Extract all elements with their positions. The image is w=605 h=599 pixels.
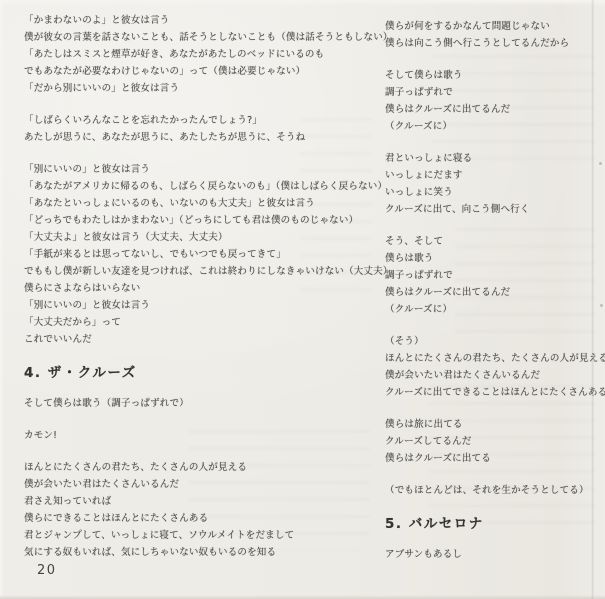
lyric-line: でももし僕が新しい友達を見つければ、これは終わりにしなきゃいけない（大丈夫） (24, 263, 384, 280)
track-section-heading: 4. ザ・クルーズ (24, 361, 384, 381)
lyric-line: ほんとにたくさんの君たち、たくさんの人が見える (385, 350, 601, 367)
scan-edge-top (0, 0, 605, 6)
lyric-line: 僕が会いたい君はたくさんいるんだ (24, 476, 384, 493)
lyric-line: これでいいんだ (24, 331, 384, 348)
lyric-line: そして僕らは歌う（調子っぱずれで） (24, 395, 384, 412)
stanza-gap (24, 412, 384, 427)
lyric-line: 「しばらくいろんなことを忘れたかったんでしょう?」 (24, 112, 384, 129)
lyric-line: 僕が彼女の言葉を話さないことも、話そうとしないことも（僕は話そうともしない） (24, 29, 384, 46)
stanza-gap (385, 318, 601, 333)
stanza-gap (385, 467, 601, 482)
lyric-line: あたしが思うに、あなたが思うに、あたしたちが思うに、そうね (24, 129, 384, 146)
lyric-line: 君といっしょに寝る (385, 150, 601, 167)
stanza-gap (385, 52, 601, 67)
lyric-line: 僕らにさよならはいらない (24, 280, 384, 297)
lyric-line: ほんとにたくさんの君たち、たくさんの人が見える (24, 459, 384, 476)
scan-edge-left (0, 0, 4, 599)
lyric-line: 君とジャンプして、いっしょに寝て、ソウルメイトをだまして (24, 527, 384, 544)
lyric-line: 「どっちでもわたしはかまわない」（どっちにしても君は僕のものじゃない） (24, 212, 384, 229)
lyric-line: 「大丈夫よ」と彼女は言う（大丈夫、大丈夫） (24, 229, 384, 246)
lyric-line: （でもほとんどは、それを生かそうとしてる） (385, 482, 601, 499)
lyric-line: 「だから別にいいの」と彼女は言う (24, 80, 384, 97)
track-section-heading: 5. バルセロナ (385, 512, 601, 532)
stanza-gap (385, 218, 601, 233)
lyric-line: 「手紙が来るとは思ってないし、でもいつでも戻ってきて」 (24, 246, 384, 263)
lyric-line: 「あなたがアメリカに帰るのも、しばらく戻らないのも」（僕はしばらく戻らない） (24, 178, 384, 195)
lyric-line: 「あなたといっしょにいるのも、いないのも大丈夫」と彼女は言う (24, 195, 384, 212)
lyric-line: そう、そして (385, 233, 601, 250)
lyric-line: 気にする奴もいれば、気にしちゃいない奴もいるのを知る (24, 544, 384, 561)
stanza-gap (385, 401, 601, 416)
lyric-line: 僕らは向こう側へ行こうとしてるんだから (385, 35, 601, 52)
lyric-line: クルーズに出てできることはほんとにたくさんある (385, 384, 601, 401)
lyric-line: 僕が会いたい君はたくさんいるんだ (385, 367, 601, 384)
lyric-line: そして僕らは歌う (385, 67, 601, 84)
stanza-gap (385, 135, 601, 150)
lyric-line: 僕らにできることはほんとにたくさんある (24, 510, 384, 527)
scan-edge-bottom (0, 595, 605, 599)
lyric-line: いっしょに笑う (385, 184, 601, 201)
lyric-line: 僕らは歌う (385, 250, 601, 267)
lyric-line: 「あたしはスミスと煙草が好き、あなたがあたしのベッドにいるのも (24, 46, 384, 63)
lyric-line: 君さえ知っていれば (24, 493, 384, 510)
lyric-line: （そう） (385, 333, 601, 350)
lyric-line: 僕らはクルーズに出てる (385, 450, 601, 467)
lyric-line: 僕らは旅に出てる (385, 416, 601, 433)
lyric-line: カモン! (24, 427, 384, 444)
lyric-line: 僕らはクルーズに出てるんだ (385, 284, 601, 301)
lyric-line: 「大丈夫だから」って (24, 314, 384, 331)
lyric-line: 僕らはクルーズに出てるんだ (385, 101, 601, 118)
page-number: 20 (37, 563, 57, 578)
lyric-line: クルーズに出て、向こう側へ行く (385, 201, 601, 218)
lyric-line: アブサンもあるし (385, 546, 601, 563)
lyric-line: （クルーズに） (385, 118, 601, 135)
lyric-line: クルーズしてるんだ (385, 433, 601, 450)
lyric-line: 調子っぱずれで (385, 267, 601, 284)
lyrics-left-column: 「かまわないのよ」と彼女は言う僕が彼女の言葉を話さないことも、話そうとしないこと… (24, 12, 384, 561)
lyric-line: でもあなたが必要なわけじゃないの」って（僕は必要じゃない） (24, 63, 384, 80)
scan-speck (600, 304, 603, 307)
lyrics-right-column: 僕らが何をするかなんて問題じゃない僕らは向こう側へ行こうとしてるんだからそして僕… (385, 18, 601, 563)
scan-speck (599, 162, 602, 165)
stanza-gap (24, 97, 384, 112)
lyric-line: 「別にいいの」と彼女は言う (24, 297, 384, 314)
lyric-line: （クルーズに） (385, 301, 601, 318)
lyric-line: 「かまわないのよ」と彼女は言う (24, 12, 384, 29)
lyric-line: 「別にいいの」と彼女は言う (24, 161, 384, 178)
stanza-gap (24, 146, 384, 161)
page-fold-crease (591, 0, 595, 599)
lyric-line: いっしょにだます (385, 167, 601, 184)
stanza-gap (24, 444, 384, 459)
lyric-line: 僕らが何をするかなんて問題じゃない (385, 18, 601, 35)
lyric-line: 調子っぱずれで (385, 84, 601, 101)
